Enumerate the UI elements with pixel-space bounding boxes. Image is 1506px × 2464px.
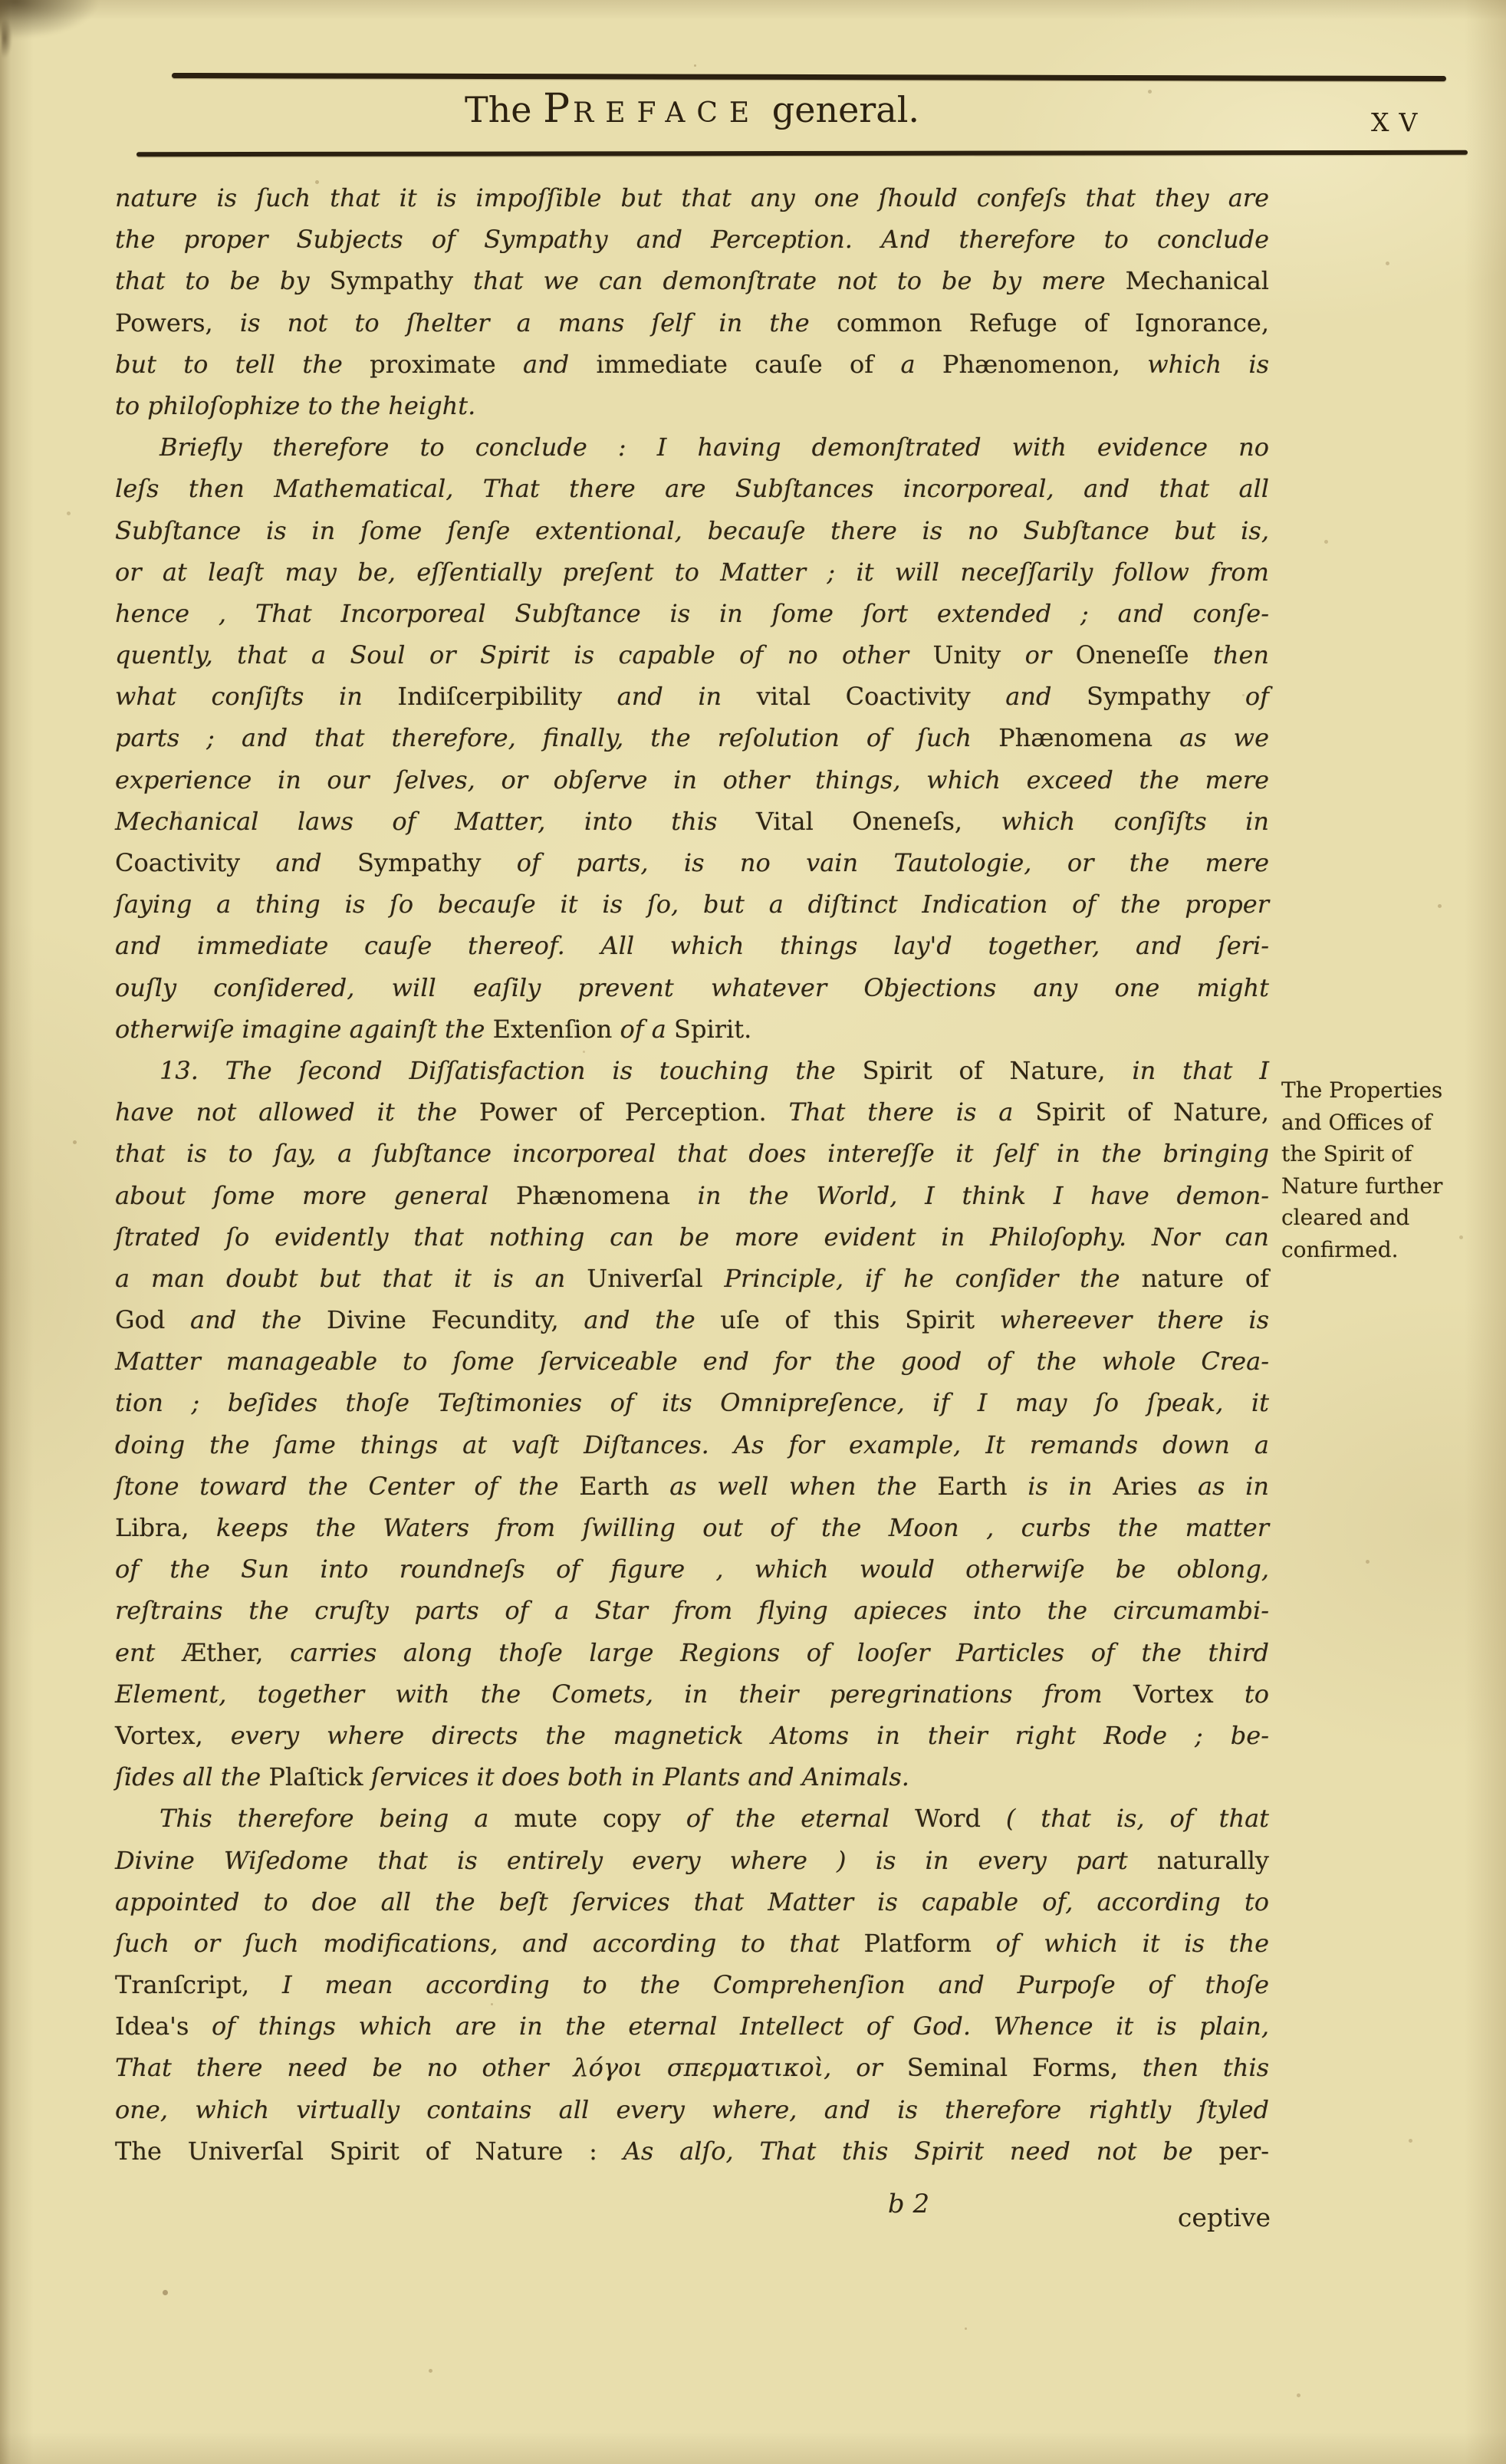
- body-line: about ſome more general Phænomena in the…: [115, 1175, 1269, 1216]
- paper-specks: [0, 0, 2, 2]
- body-line: to philoſophize to the height.: [115, 385, 1269, 426]
- italic-segment: ſides all the: [115, 1762, 268, 1791]
- body-line: reſtrains the cruſty parts of a Star fro…: [115, 1590, 1269, 1631]
- roman-segment: Æther,: [182, 1638, 263, 1667]
- italic-segment: that to be by: [115, 266, 330, 295]
- header-title-smallcaps: REFACE: [573, 97, 761, 129]
- italic-segment: as in: [1177, 1472, 1269, 1501]
- body-line: Matter manageable to ſome ſerviceable en…: [115, 1341, 1269, 1382]
- italic-segment: what conſiſts in: [115, 682, 397, 711]
- body-line: hence , That Incorporeal Subſtance is in…: [115, 593, 1269, 634]
- roman-segment: naturally: [1157, 1846, 1269, 1875]
- roman-segment: immediate cauſe of: [597, 350, 874, 379]
- italic-segment: experience in our ſelves, or obſerve in …: [115, 765, 1269, 794]
- roman-segment: Vital Oneneſs,: [756, 807, 962, 836]
- italic-segment: keeps the Waters from ſwilling out of th…: [189, 1513, 1269, 1542]
- italic-segment: which conſiſts in: [962, 807, 1269, 836]
- header-rule-top: [172, 73, 1446, 81]
- italic-segment: quently, that a Soul or Spirit is capabl…: [115, 640, 932, 669]
- roman-segment: mute copy: [514, 1804, 660, 1833]
- italic-segment: in that I: [1106, 1056, 1270, 1085]
- italic-segment: ſaying a thing is ſo becauſe it is ſo, b…: [115, 890, 1269, 919]
- italic-segment: and: [971, 682, 1087, 711]
- roman-segment: Aries: [1113, 1472, 1177, 1501]
- body-line: Element, together with the Comets, in th…: [115, 1673, 1269, 1715]
- body-line: Coactivity and Sympathy of parts, is no …: [115, 842, 1269, 883]
- italic-segment: Element, together with the Comets, in th…: [115, 1679, 1133, 1709]
- catchword: ceptive: [1039, 2202, 1271, 2232]
- body-line: God and the Divine Fecundity, and the uſ…: [115, 1299, 1269, 1341]
- roman-segment: Mechanical: [1126, 266, 1269, 295]
- body-line: ouſly conſidered, will eaſily prevent wh…: [115, 967, 1269, 1008]
- italic-segment: and: [240, 848, 357, 877]
- roman-segment: Phænomenon,: [942, 350, 1120, 379]
- italic-segment: then: [1189, 640, 1269, 669]
- italic-segment: appointed to doe all the beſt ſervices t…: [115, 1887, 1269, 1916]
- italic-segment: of: [1210, 682, 1269, 711]
- body-line: ſides all the Plaſtick ſervices it does …: [115, 1756, 1269, 1798]
- italic-segment: about ſome more general: [115, 1181, 516, 1210]
- body-line: Libra, keeps the Waters from ſwilling ou…: [115, 1507, 1269, 1548]
- roman-segment: Unity: [932, 640, 1001, 669]
- roman-segment: Indiſcerpibility: [397, 682, 582, 711]
- italic-segment: as we: [1153, 723, 1269, 752]
- italic-segment: or: [831, 2053, 906, 2082]
- italic-segment: doing the ſame things at vaſt Diſtances.…: [115, 1430, 1269, 1459]
- italic-segment: of parts, is no vain Tautologie, or the …: [481, 848, 1269, 877]
- italic-segment: ſtrated ſo evidently that nothing can be…: [115, 1222, 1269, 1252]
- roman-segment: Seminal Forms,: [907, 2053, 1118, 2082]
- body-line: appointed to doe all the beſt ſervices t…: [115, 1881, 1269, 1923]
- roman-segment: Idea's: [115, 2012, 189, 2041]
- margin-note-line: Nature further: [1281, 1170, 1487, 1202]
- page-number: XV: [1371, 107, 1427, 137]
- italic-segment: ent: [115, 1638, 182, 1667]
- roman-segment: Spirit of Nature,: [1035, 1097, 1269, 1127]
- body-line: Powers, is not to ſhelter a mans ſelf in…: [115, 302, 1269, 344]
- italic-segment: and in: [582, 682, 757, 711]
- body-line: of the Sun into roundneſs of figure , wh…: [115, 1548, 1269, 1590]
- body-line: Divine Wiſedome that is entirely every w…: [115, 1840, 1269, 1881]
- body-line: quently, that a Soul or Spirit is capabl…: [115, 634, 1269, 676]
- italic-segment: That there need be no other: [115, 2053, 573, 2082]
- roman-segment: Word: [915, 1804, 981, 1833]
- body-line: Vortex, every where directs the magnetic…: [115, 1715, 1269, 1756]
- body-line: the proper Subjects of Sympathy and Perc…: [115, 219, 1269, 260]
- margin-note: The Propertiesand Offices ofthe Spirit o…: [1281, 1074, 1487, 1265]
- body-line: Subſtance is in ſome ſenſe extentional, …: [115, 510, 1269, 551]
- body-line: one, which virtually contains all every …: [115, 2089, 1269, 2130]
- signature-mark: b 2: [794, 2189, 1024, 2219]
- body-line: Idea's of things which are in the eterna…: [115, 2005, 1269, 2047]
- roman-segment: Divine Fecundity,: [327, 1305, 559, 1334]
- roman-segment: vital Coactivity: [757, 682, 971, 711]
- italic-segment: and: [496, 350, 597, 379]
- italic-segment: to: [1214, 1679, 1269, 1709]
- italic-segment: carries along thoſe large Regions of loo…: [263, 1638, 1269, 1667]
- roman-segment: Earth: [937, 1472, 1007, 1501]
- body-line: otherwiſe imagine againſt the Extenſion …: [115, 1008, 1269, 1050]
- header-title-the: The: [465, 89, 543, 130]
- italic-segment: parts ; and that therefore, finally, the…: [115, 723, 998, 752]
- italic-segment: otherwiſe imagine againſt the: [115, 1015, 493, 1044]
- roman-segment: Vortex: [1133, 1679, 1214, 1709]
- roman-segment: proximate: [370, 350, 496, 379]
- body-line: Briefly therefore to conclude : I having…: [115, 426, 1269, 468]
- roman-segment: Sympathy: [330, 266, 453, 295]
- roman-segment: common Refuge of Ignorance,: [837, 308, 1269, 337]
- body-line: have not allowed it the Power of Percept…: [115, 1091, 1269, 1133]
- italic-segment: every where directs the magnetick Atoms …: [203, 1721, 1269, 1750]
- body-line: parts ; and that therefore, finally, the…: [115, 717, 1269, 758]
- italic-segment: and immediate cauſe thereof. All which t…: [115, 931, 1269, 960]
- italic-segment: the proper Subjects of Sympathy and Perc…: [115, 225, 1269, 254]
- roman-segment: Tranſcript,: [115, 1970, 249, 1999]
- italic-segment: That there is a: [767, 1097, 1036, 1127]
- roman-segment: Phænomena: [516, 1181, 670, 1210]
- roman-segment: Oneneſſe: [1076, 640, 1189, 669]
- body-line: Tranſcript, I mean according to the Comp…: [115, 1964, 1269, 2005]
- italic-segment: have not allowed it the: [115, 1097, 479, 1127]
- roman-segment: Sympathy: [1087, 682, 1210, 711]
- greek-segment: λόγοι σπερματικοὶ,: [573, 2053, 831, 2082]
- margin-note-line: confirmed.: [1281, 1234, 1487, 1266]
- italic-segment: is in: [1008, 1472, 1113, 1501]
- italic-segment: to philoſophize to the height.: [115, 391, 475, 420]
- italic-segment: then this: [1118, 2053, 1269, 2082]
- roman-segment: Univerſal: [587, 1264, 702, 1293]
- body-line: This therefore being a mute copy of the …: [115, 1798, 1269, 1839]
- body-line: nature is ſuch that it is impoſſible but…: [115, 177, 1269, 219]
- roman-segment: nature of: [1142, 1264, 1269, 1293]
- scanned-book-page: The PREFACE general. XV nature is ſuch t…: [0, 0, 1506, 2464]
- body-line: 13. The ſecond Diſſatisfaction is touchi…: [115, 1050, 1269, 1091]
- body-line: doing the ſame things at vaſt Diſtances.…: [115, 1424, 1269, 1466]
- margin-note-line: The Properties: [1281, 1074, 1487, 1107]
- roman-segment: Phænomena: [998, 723, 1153, 752]
- body-line: Mechanical laws of Matter, into this Vit…: [115, 801, 1269, 842]
- roman-segment: Plaſtick: [268, 1762, 363, 1791]
- body-line: experience in our ſelves, or obſerve in …: [115, 759, 1269, 801]
- italic-segment: reſtrains the cruſty parts of a Star fro…: [115, 1596, 1269, 1625]
- body-line: That there need be no other λόγοι σπερμα…: [115, 2047, 1269, 2088]
- body-line: what conſiſts in Indiſcerpibility and in…: [115, 676, 1269, 717]
- italic-segment: a man doubt but that it is an: [115, 1264, 587, 1293]
- running-header: The PREFACE general.: [115, 86, 1269, 132]
- italic-segment: leſs then Mathematical, That there are S…: [115, 474, 1269, 503]
- body-line: ſuch or ſuch modifications, and accordin…: [115, 1923, 1269, 1964]
- roman-segment: God: [115, 1305, 165, 1334]
- margin-note-line: and Offices of: [1281, 1107, 1487, 1139]
- italic-segment: of things which are in the eternal Intel…: [189, 2012, 1269, 2041]
- roman-segment: Platform: [864, 1929, 972, 1958]
- italic-segment: in the World, I think I have demon-: [670, 1181, 1269, 1210]
- italic-segment: a: [873, 350, 942, 379]
- roman-segment: Spirit of Nature,: [863, 1056, 1106, 1085]
- header-rule-bottom: [136, 150, 1468, 156]
- roman-segment: Spirit.: [674, 1015, 751, 1044]
- italic-segment: as well when the: [649, 1472, 937, 1501]
- margin-note-line: the Spirit of: [1281, 1138, 1487, 1170]
- body-line: that is to ſay, a ſubſtance incorporeal …: [115, 1133, 1269, 1174]
- italic-segment: tion ; beſides thoſe Teſtimonies of its …: [115, 1388, 1269, 1417]
- italic-segment: whereever there is: [975, 1305, 1269, 1334]
- italic-segment: that we can demonſtrate not to be by mer…: [453, 266, 1126, 295]
- italic-segment: Matter manageable to ſome ſerviceable en…: [115, 1347, 1269, 1376]
- italic-segment: Principle, if he conſider the: [703, 1264, 1142, 1293]
- italic-segment: Divine Wiſedome that is entirely every w…: [115, 1846, 1157, 1875]
- italic-segment: hence , That Incorporeal Subſtance is in…: [115, 599, 1269, 628]
- italic-segment: nature is ſuch that it is impoſſible but…: [115, 183, 1269, 212]
- roman-segment: uſe of this Spirit: [720, 1305, 975, 1334]
- roman-segment: Earth: [579, 1472, 649, 1501]
- italic-segment: of the Sun into roundneſs of figure , wh…: [115, 1554, 1269, 1584]
- body-line: ſtrated ſo evidently that nothing can be…: [115, 1216, 1269, 1258]
- roman-segment: per-: [1218, 2137, 1269, 2166]
- italic-segment: Mechanical laws of Matter, into this: [115, 807, 756, 836]
- italic-segment: one, which virtually contains all every …: [115, 2095, 1269, 2124]
- roman-segment: Extenſion: [493, 1015, 613, 1044]
- page-corner-smudge: [0, 0, 104, 41]
- italic-segment: This therefore being a: [159, 1804, 514, 1833]
- page-edge-mark: [2, 18, 12, 58]
- italic-segment: of a: [612, 1015, 674, 1044]
- italic-segment: ( that is, of that: [981, 1804, 1269, 1833]
- italic-segment: ſtone toward the Center of the: [115, 1472, 579, 1501]
- header-title-tail: general.: [761, 89, 919, 130]
- roman-segment: Power of Perception.: [479, 1097, 767, 1127]
- body-line: tion ; beſides thoſe Teſtimonies of its …: [115, 1382, 1269, 1423]
- body-line: that to be by Sympathy that we can demon…: [115, 260, 1269, 301]
- roman-segment: Vortex,: [115, 1721, 203, 1750]
- italic-segment: that is to ſay, a ſubſtance incorporeal …: [115, 1139, 1269, 1168]
- margin-note-line: cleared and: [1281, 1202, 1487, 1234]
- body-line: The Univerſal Spirit of Nature : As alſo…: [115, 2130, 1269, 2172]
- roman-segment: Coactivity: [115, 848, 240, 877]
- italic-segment: ſervices it does both in Plants and Anim…: [363, 1762, 909, 1791]
- italic-segment: is not to ſhelter a mans ſelf in the: [213, 308, 837, 337]
- roman-segment: Libra,: [115, 1513, 189, 1542]
- body-text: nature is ſuch that it is impoſſible but…: [115, 177, 1269, 2172]
- italic-segment: of the eternal: [661, 1804, 915, 1833]
- italic-segment: 13. The ſecond Diſſatisfaction is touchi…: [159, 1056, 863, 1085]
- body-line: and immediate cauſe thereof. All which t…: [115, 925, 1269, 966]
- italic-segment: of which it is the: [972, 1929, 1269, 1958]
- body-line: or at leaſt may be, eſſentially preſent …: [115, 551, 1269, 593]
- italic-segment: ouſly conſidered, will eaſily prevent wh…: [115, 973, 1269, 1002]
- italic-segment: and the: [165, 1305, 327, 1334]
- italic-segment: and the: [559, 1305, 721, 1334]
- body-line: ent Æther, carries along thoſe large Reg…: [115, 1632, 1269, 1673]
- roman-segment: The Univerſal Spirit of Nature :: [115, 2137, 597, 2166]
- body-line: ſtone toward the Center of the Earth as …: [115, 1466, 1269, 1507]
- body-line: ſaying a thing is ſo becauſe it is ſo, b…: [115, 883, 1269, 925]
- header-title-initial: P: [543, 86, 573, 132]
- italic-segment: which is: [1120, 350, 1269, 379]
- italic-segment: Subſtance is in ſome ſenſe extentional, …: [115, 516, 1269, 545]
- italic-segment: but to tell the: [115, 350, 370, 379]
- roman-segment: Powers,: [115, 308, 213, 337]
- italic-segment: I mean according to the Comprehenſion an…: [249, 1970, 1269, 1999]
- italic-segment: As alſo, That this Spirit need not be: [597, 2137, 1219, 2166]
- italic-segment: or: [1001, 640, 1075, 669]
- body-line: leſs then Mathematical, That there are S…: [115, 468, 1269, 509]
- italic-segment: or at leaſt may be, eſſentially preſent …: [115, 558, 1269, 587]
- roman-segment: Sympathy: [357, 848, 481, 877]
- italic-segment: ſuch or ſuch modifications, and accordin…: [115, 1929, 864, 1958]
- italic-segment: Briefly therefore to conclude : I having…: [159, 433, 1269, 462]
- body-line: but to tell the proximate and immediate …: [115, 344, 1269, 385]
- body-line: a man doubt but that it is an Univerſal …: [115, 1258, 1269, 1299]
